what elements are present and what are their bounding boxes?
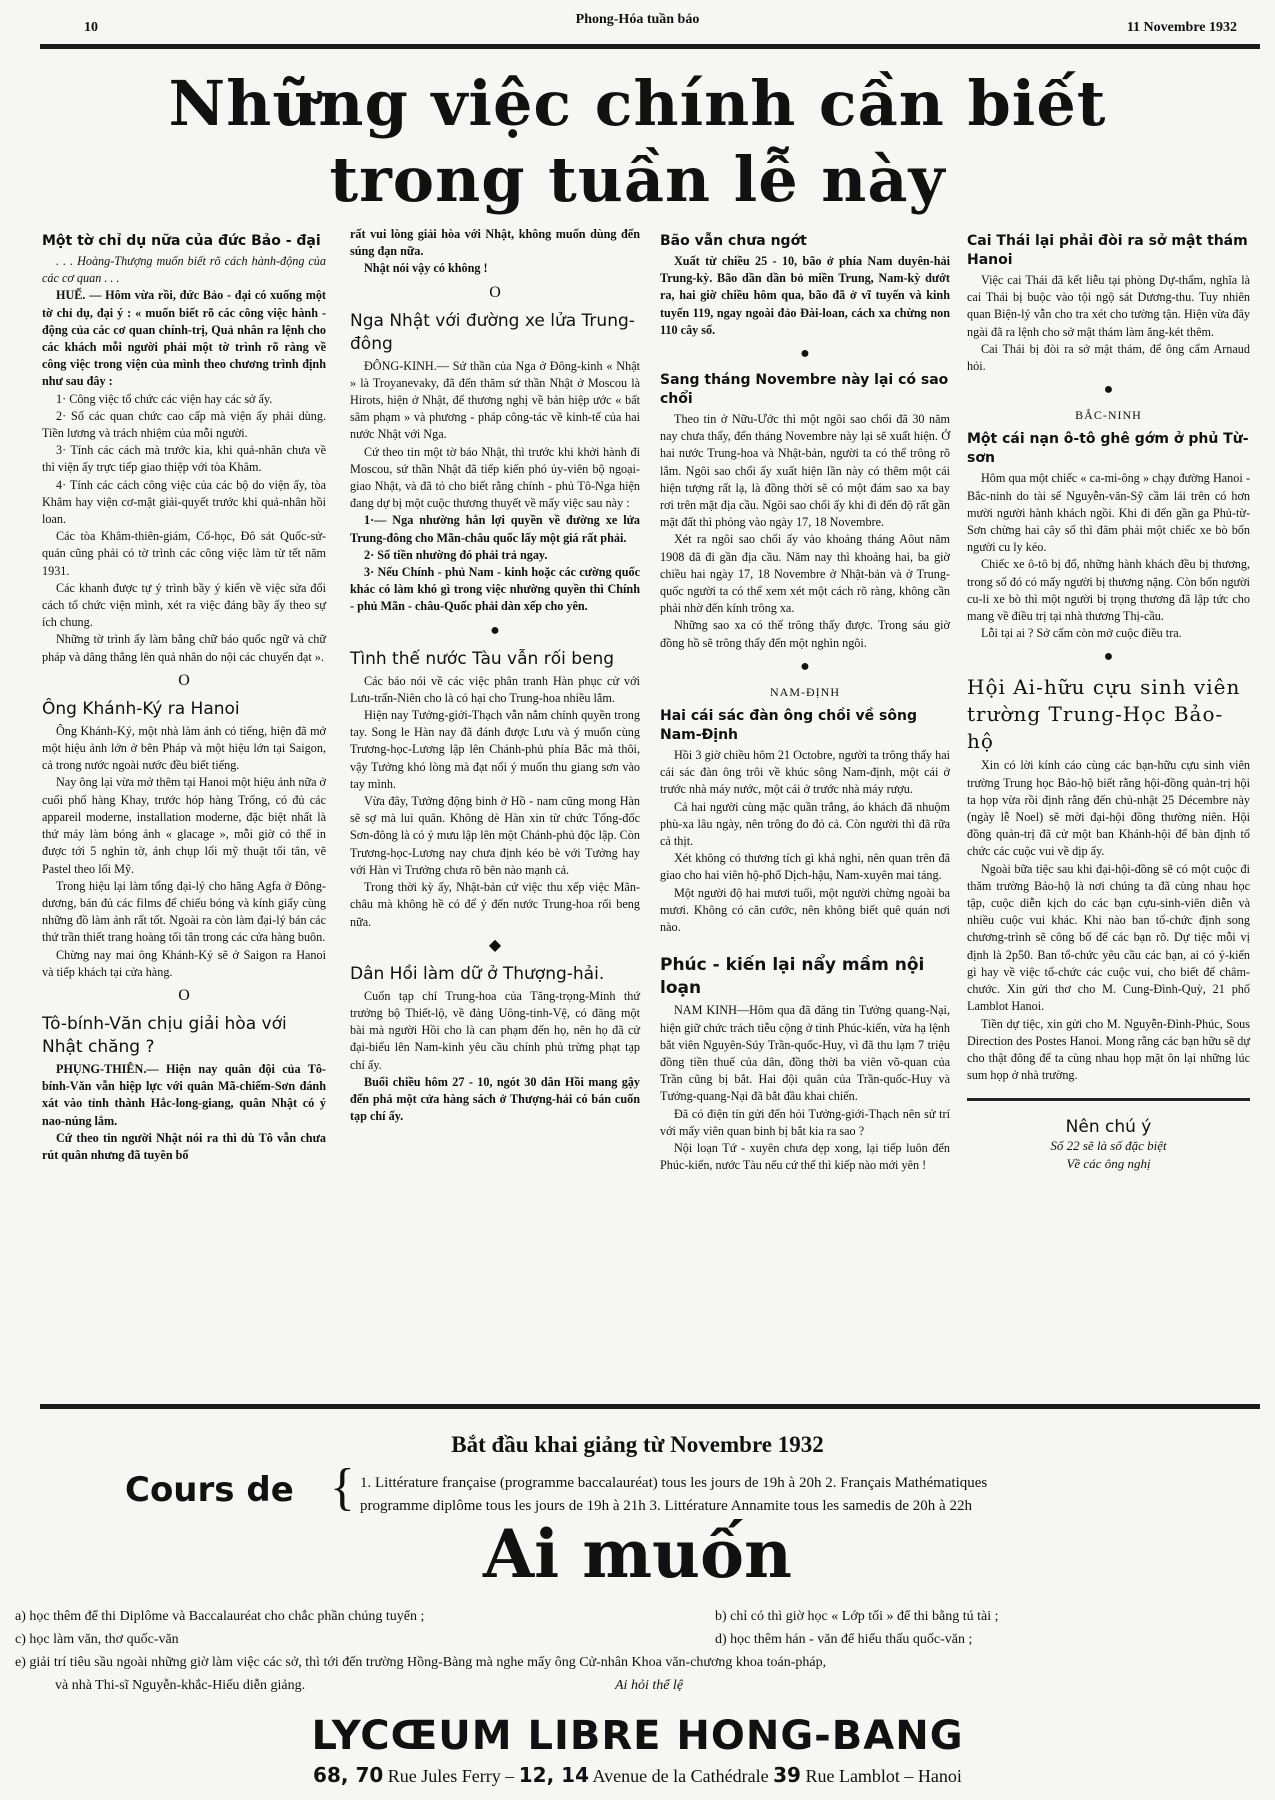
article-paragraph: Cai Thái bị đòi ra sở mật thám, để ông c… [967, 341, 1250, 375]
address-street: Avenue de la Cathédrale [593, 1766, 769, 1786]
article-title: Tình thế nước Tàu vẫn rối beng [350, 648, 640, 671]
column-2: rất vui lòng giải hòa với Nhật, không mu… [350, 226, 640, 1125]
article-title: Nga Nhật với đường xe lửa Trung-đông [350, 310, 640, 356]
article-paragraph: Xét không có thương tích gì khả nghi, nê… [660, 850, 950, 884]
article-paragraph: Ngoài bữa tiệc sau khi đại-hội-đồng sẽ c… [967, 861, 1250, 1016]
article-paragraph: ĐÔNG-KINH.— Sứ thần của Nga ở Đông-kinh … [350, 358, 640, 444]
article-paragraph: Vừa đây, Tưởng động binh ở Hồ - nam cũng… [350, 793, 640, 879]
article-title: Ông Khánh-Ký ra Hanoi [42, 698, 326, 721]
article-paragraph: 2· Số tiền nhường đó phải trả ngay. [350, 547, 640, 564]
article-nga-nhat: Nga Nhật với đường xe lửa Trung-đông ĐÔN… [350, 310, 640, 616]
article-paragraph: Theo tin ở Nữu-Ước thì một ngôi sao chổi… [660, 411, 950, 531]
dot-separator-icon: ● [967, 646, 1250, 668]
top-rule [40, 44, 1260, 49]
article-paragraph: 3· Nếu Chính - phủ Nam - kinh hoặc các c… [350, 564, 640, 616]
article-phuc-kien: Phúc - kiến lại nẩy mầm nội loạn NAM KIN… [660, 954, 950, 1174]
article-paragraph: Các báo nói về các việc phân tranh Hàn p… [350, 673, 640, 707]
ad-item-a: a) học thêm để thi Diplôme và Baccalauré… [15, 1609, 424, 1624]
article-paragraph: Hiện nay Tưởng-giới-Thạch vẫn nắm chính … [350, 707, 640, 793]
ad-ask-rules: Ai hỏi thể lệ [615, 1674, 683, 1697]
ad-cours-label: Cours de [125, 1470, 294, 1510]
school-address: 68, 70 Rue Jules Ferry – 12, 14 Avenue d… [0, 1763, 1275, 1787]
article-paragraph: Chiếc xe ô-tô bị đổ, những hành khách đề… [967, 556, 1250, 625]
article-cai-thai: Cai Thái lại phải đòi ra sở mật thám Han… [967, 232, 1250, 375]
address-street: Rue Lamblot – Hanoi [805, 1766, 961, 1786]
article-paragraph: Hồi 3 giờ chiều hôm 21 Octobre, người ta… [660, 747, 950, 799]
article-title: Một cái nạn ô-tô ghê gớm ở phủ Từ-sơn [967, 430, 1250, 468]
article-title: Phúc - kiến lại nẩy mầm nội loạn [660, 954, 950, 1000]
ad-item-d: d) học thêm hán - văn để hiểu thấu quốc-… [715, 1628, 972, 1651]
article-paragraph: 1·— Nga nhường hẳn lợi quyền về đường xe… [350, 512, 640, 546]
article-paragraph: Trong thời kỳ ấy, Nhật-bản cứ việc thu x… [350, 879, 640, 931]
ad-ai-muon: Ai muốn [0, 1515, 1275, 1593]
article-paragraph: Những tờ trình ấy làm bằng chữ báo quốc … [42, 631, 326, 665]
article-title: Hội Ai-hữu cựu sinh viên trường Trung-Họ… [967, 674, 1250, 755]
ad-item-e-cont: và nhà Thi-sĩ Nguyễn-khắc-Hiếu diễn giản… [15, 1678, 305, 1693]
dateline-bac-ninh: BẮC-NINH [967, 407, 1250, 424]
article-paragraph: Xin có lời kính cáo cùng các bạn-hữu cựu… [967, 757, 1250, 860]
dateline-nam-dinh: NAM-ĐỊNH [660, 684, 950, 701]
notice-line: Số 22 sẽ là số đặc biệt [967, 1137, 1250, 1155]
article-paragraph: Xét ra ngôi sao chổi ấy vào khoảng tháng… [660, 531, 950, 617]
dot-separator-icon: ● [967, 379, 1250, 401]
article-continuation: rất vui lòng giải hòa với Nhật, không mu… [350, 226, 640, 260]
brace-icon: { [330, 1462, 355, 1514]
article-paragraph: 3· Tính các cách mà trước kia, khi quả-n… [42, 442, 326, 476]
article-paragraph: Buổi chiều hôm 27 - 10, ngót 30 dân Hồi … [350, 1074, 640, 1126]
article-paragraph: Hôm qua một chiếc « ca-mi-ông » chạy đườ… [967, 470, 1250, 556]
address-number: 68, 70 [313, 1763, 383, 1787]
article-paragraph: Tiền dự tiệc, xin gửi cho M. Nguyễn-Đình… [967, 1016, 1250, 1085]
article-paragraph: Cứ theo tin một tờ báo Nhật, thì trước k… [350, 444, 640, 513]
address-number: 12, 14 [519, 1763, 589, 1787]
ad-items: a) học thêm để thi Diplôme và Baccalauré… [15, 1605, 1265, 1697]
article-paragraph: Những sao xa có thể trông thấy được. Tro… [660, 617, 950, 651]
column-1: Một tờ chỉ dụ nữa của đức Bảo - đại . . … [42, 226, 326, 1164]
school-name: LYCŒUM LIBRE HONG-BANG [0, 1713, 1275, 1759]
notice-line: Về các ông nghị [967, 1155, 1250, 1173]
notice-title: Nên chú ý [967, 1119, 1250, 1136]
address-number: 39 [773, 1763, 801, 1787]
article-paragraph: PHỤNG-THIÊN.— Hiện nay quân đội của Tô-b… [42, 1061, 326, 1130]
headline-line-2: trong tuần lễ này [0, 142, 1275, 218]
article-paragraph: Ông Khánh-Ký, một nhà làm ảnh có tiếng, … [42, 723, 326, 775]
bottom-rule [40, 1404, 1260, 1409]
column-3: Bão vẫn chưa ngớt Xuất từ chiều 25 - 10,… [660, 226, 950, 1174]
issue-date: 11 Novembre 1932 [1127, 20, 1237, 36]
article-paragraph: 1· Công việc tổ chức các viện hay các sở… [42, 391, 326, 408]
article-khanh-ky: Ông Khánh-Ký ra Hanoi Ông Khánh-Ký, một … [42, 698, 326, 981]
article-paragraph: Cả hai người cùng mặc quần trắng, áo khá… [660, 799, 950, 851]
article-title: Dân Hồi làm dữ ở Thượng-hải. [350, 963, 640, 986]
article-to-binh-van: Tô-bính-Văn chịu giải hòa với Nhật chăng… [42, 1013, 326, 1164]
article-paragraph: Chừng nay mai ông Khánh-Ký sẽ ở Saigon r… [42, 947, 326, 981]
article-paragraph: Nhật nói vậy có không ! [350, 260, 640, 277]
ad-start-date: Bắt đầu khai giảng từ Novembre 1932 [0, 1432, 1275, 1458]
notice-box: Nên chú ý Số 22 sẽ là số đặc biệt Về các… [967, 1098, 1250, 1172]
circle-separator-icon: O [42, 670, 326, 692]
ad-item-c: c) học làm văn, thơ quốc-văn [15, 1632, 179, 1647]
article-paragraph: 2· Số các quan chức cao cấp mà viện ấy p… [42, 408, 326, 442]
article-paragraph: NAM KINH—Hôm qua đã đăng tin Tưởng quang… [660, 1002, 950, 1105]
article-paragraph: Xuất từ chiều 25 - 10, bão ở phía Nam du… [660, 253, 950, 339]
masthead: 10 Phong-Hóa tuần báo 11 Novembre 1932 [0, 0, 1275, 50]
article-paragraph: Nay ông lại vừa mở thêm tại Hanoi một hi… [42, 774, 326, 877]
article-tinh-the-nuoc-tau: Tình thế nước Tàu vẫn rối beng Các báo n… [350, 648, 640, 931]
ad-item-b: b) chỉ có thì giờ học « Lớp tối » để thi… [715, 1605, 998, 1628]
school-advertisement: Bắt đầu khai giảng từ Novembre 1932 Cour… [0, 1410, 1275, 1800]
article-bao-van-chua-ngot: Bão vẫn chưa ngớt Xuất từ chiều 25 - 10,… [660, 232, 950, 339]
article-tai-nan-o-to: Một cái nạn ô-tô ghê gớm ở phủ Từ-sơn Hô… [967, 430, 1250, 642]
article-nam-dinh: Hai cái sác đàn ông chồi về sông Nam-Địn… [660, 707, 950, 936]
circle-separator-icon: O [350, 282, 640, 304]
article-paragraph: 4· Tính các cách công việc của các bộ do… [42, 477, 326, 529]
dot-separator-icon: ● [350, 620, 640, 642]
article-dan-hoi: Dân Hồi làm dữ ở Thượng-hải. Cuốn tạp ch… [350, 963, 640, 1126]
article-bao-dai: Một tờ chỉ dụ nữa của đức Bảo - đại . . … [42, 232, 326, 666]
article-hoi-ai-huu: Hội Ai-hữu cựu sinh viên trường Trung-Họ… [967, 674, 1250, 1084]
article-lead: . . . Hoàng-Thượng muốn biết rõ cách hàn… [42, 253, 326, 287]
article-title: Bão vẫn chưa ngớt [660, 232, 950, 251]
dot-separator-icon: ● [660, 343, 950, 365]
article-sao-choi: Sang tháng Novembre này lại có sao chổi … [660, 371, 950, 652]
circle-separator-icon: O [42, 985, 326, 1007]
article-paragraph: Cuốn tạp chí Trung-hoa của Tăng-trọng-Mi… [350, 988, 640, 1074]
article-paragraph: Cứ theo tin người Nhật nói ra thì dù Tô … [42, 1130, 326, 1164]
article-paragraph: Một người độ hai mươi tuổi, một người ch… [660, 885, 950, 937]
article-paragraph: Trong hiệu lại làm tổng đại-lý cho hãng … [42, 878, 326, 947]
ad-course-list: 1. Littérature française (programme bacc… [360, 1472, 987, 1518]
course-line: 1. Littérature française (programme bacc… [360, 1472, 987, 1495]
diamond-separator-icon: ◆ [350, 935, 640, 957]
address-street: Rue Jules Ferry – [388, 1766, 514, 1786]
article-paragraph: Nội loạn Tứ - xuyên chưa dẹp xong, lại t… [660, 1140, 950, 1174]
article-title: Tô-bính-Văn chịu giải hòa với Nhật chăng… [42, 1013, 326, 1059]
dot-separator-icon: ● [660, 656, 950, 678]
article-paragraph: HUẾ. — Hôm vừa rồi, đức Bảo - đại có xuố… [42, 287, 326, 390]
column-4: Cai Thái lại phải đòi ra sở mật thám Han… [967, 226, 1250, 1173]
article-paragraph: Đã có điện tín gửi đến hỏi Tưởng-giới-Th… [660, 1106, 950, 1140]
ad-item-e: e) giải trí tiêu sầu ngoài những giờ làm… [15, 1655, 826, 1670]
article-paragraph: Các tòa Khâm-thiên-giám, Cổ-học, Đô sát … [42, 528, 326, 580]
publication-name: Phong-Hóa tuần báo [0, 12, 1275, 28]
article-title: Sang tháng Novembre này lại có sao chổi [660, 371, 950, 409]
page-headline: Những việc chính cần biết trong tuần lễ … [0, 66, 1275, 218]
article-title: Cai Thái lại phải đòi ra sở mật thám Han… [967, 232, 1250, 270]
article-title: Hai cái sác đàn ông chồi về sông Nam-Địn… [660, 707, 950, 745]
article-title: Một tờ chỉ dụ nữa của đức Bảo - đại [42, 232, 326, 251]
headline-line-1: Những việc chính cần biết [0, 66, 1275, 142]
article-paragraph: Các khanh được tự ý trình bầy ý kiến về … [42, 580, 326, 632]
article-paragraph: Việc cai Thái đã kết liễu tại phòng Dự-t… [967, 272, 1250, 341]
article-paragraph: Lỗi tại ai ? Sở cẩm còn mở cuộc điều tra… [967, 625, 1250, 642]
